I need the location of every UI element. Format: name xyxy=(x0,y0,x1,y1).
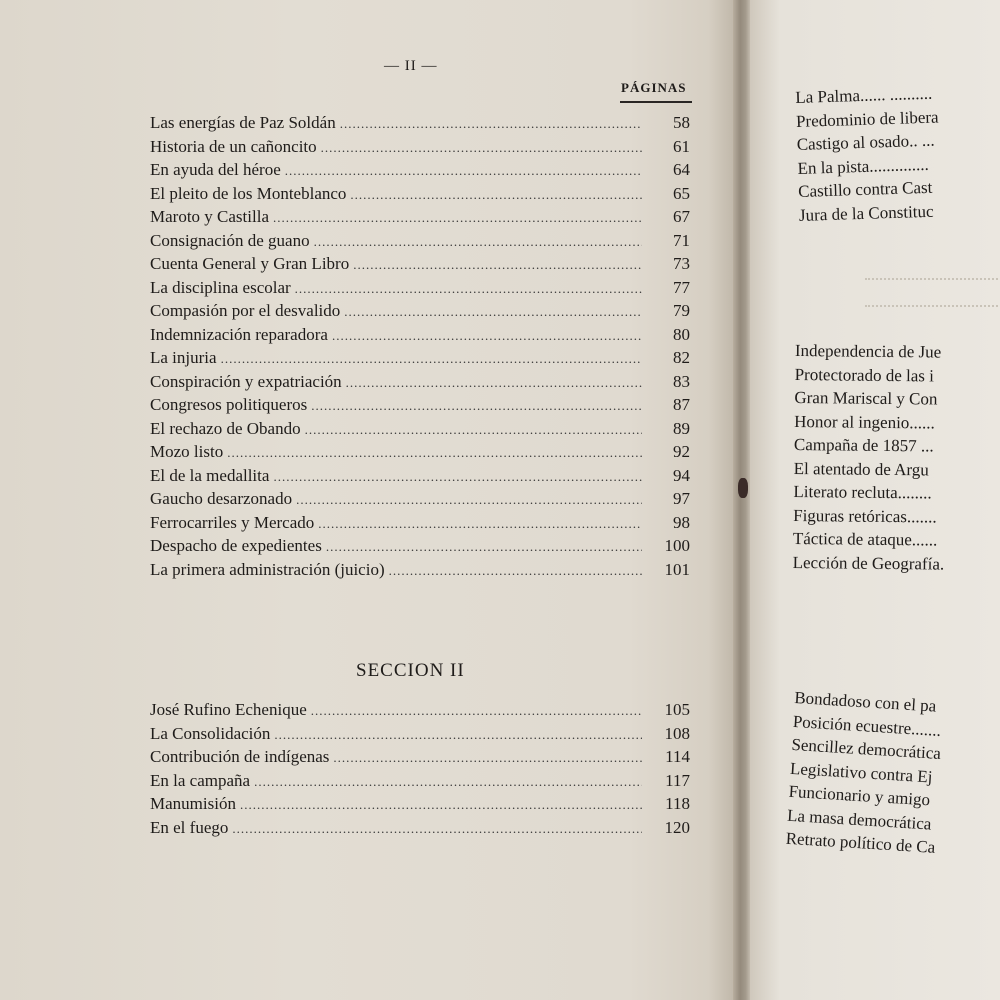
right-page: La Palma...... .......... Predominio de … xyxy=(750,0,1000,1000)
toc-entry: Contribución de indígenas114 xyxy=(150,747,690,771)
toc-entry: En ayuda del héroe64 xyxy=(150,160,690,184)
toc-entry: Compasión por el desvalido79 xyxy=(150,301,690,325)
toc-entry: Ferrocarriles y Mercado98 xyxy=(150,513,690,537)
toc-entry: Conspiración y expatriación83 xyxy=(150,372,690,396)
toc-entry: La disciplina escolar77 xyxy=(150,278,690,302)
toc-entry: Figuras retóricas....... xyxy=(793,505,1000,531)
toc-entry: Maroto y Castilla67 xyxy=(150,207,690,231)
toc-entry: El atentado de Argu xyxy=(794,458,1000,484)
toc-entry: Las energías de Paz Soldán58 xyxy=(150,113,690,137)
toc-entry: Independencia de Jue xyxy=(795,341,1000,367)
faint-bleed-through xyxy=(865,278,1000,282)
header-rule xyxy=(620,101,692,103)
toc-entry: Indemnización reparadora80 xyxy=(150,325,690,349)
toc-entry: Cuenta General y Gran Libro73 xyxy=(150,254,690,278)
toc-entry: El de la medallita94 xyxy=(150,466,690,490)
toc-entry: El pleito de los Monteblanco65 xyxy=(150,184,690,208)
toc-right-group-1: La Palma...... .......... Predominio de … xyxy=(795,80,1000,229)
toc-entry: Despacho de expedientes100 xyxy=(150,536,690,560)
left-page: — II — PÁGINAS Las energías de Paz Soldá… xyxy=(0,0,738,1000)
toc-entry: La Consolidación108 xyxy=(150,724,690,748)
faint-bleed-through xyxy=(865,305,1000,309)
gutter-stain xyxy=(738,478,748,498)
toc-entry: Gran Mariscal y Con xyxy=(794,388,1000,414)
toc-entry: Manumisión118 xyxy=(150,794,690,818)
toc-entry: En el fuego120 xyxy=(150,818,690,842)
toc-entry: Campaña de 1857 ... xyxy=(794,435,1000,461)
toc-section-1: Las energías de Paz Soldán58 Historia de… xyxy=(150,113,690,583)
section-heading: SECCION II xyxy=(356,660,465,682)
toc-section-2: José Rufino Echenique105 La Consolidació… xyxy=(150,700,690,841)
toc-entry: Historia de un cañoncito61 xyxy=(150,137,690,161)
toc-entry: Consignación de guano71 xyxy=(150,231,690,255)
toc-entry: La primera administración (juicio)101 xyxy=(150,560,690,584)
toc-entry: Táctica de ataque...... xyxy=(793,529,1000,555)
toc-entry: José Rufino Echenique105 xyxy=(150,700,690,724)
toc-right-group-3: Bondadoso con el pa Posición ecuestre...… xyxy=(785,688,1000,868)
toc-entry: Mozo listo92 xyxy=(150,442,690,466)
toc-entry: En la campaña117 xyxy=(150,771,690,795)
toc-entry: La injuria82 xyxy=(150,348,690,372)
toc-entry: Lección de Geografía. xyxy=(793,552,1000,578)
toc-entry: Literato recluta........ xyxy=(793,482,1000,508)
toc-right-group-2: Independencia de Jue Protectorado de las… xyxy=(793,341,1000,579)
toc-entry: El rechazo de Obando89 xyxy=(150,419,690,443)
book-gutter xyxy=(733,0,751,1000)
page-number: — II — xyxy=(384,58,438,75)
toc-entry: Honor al ingenio...... xyxy=(794,411,1000,437)
column-header-paginas: PÁGINAS xyxy=(621,80,687,96)
toc-entry: Gaucho desarzonado97 xyxy=(150,489,690,513)
toc-entry: Congresos politiqueros87 xyxy=(150,395,690,419)
toc-entry: Protectorado de las i xyxy=(795,364,1000,390)
